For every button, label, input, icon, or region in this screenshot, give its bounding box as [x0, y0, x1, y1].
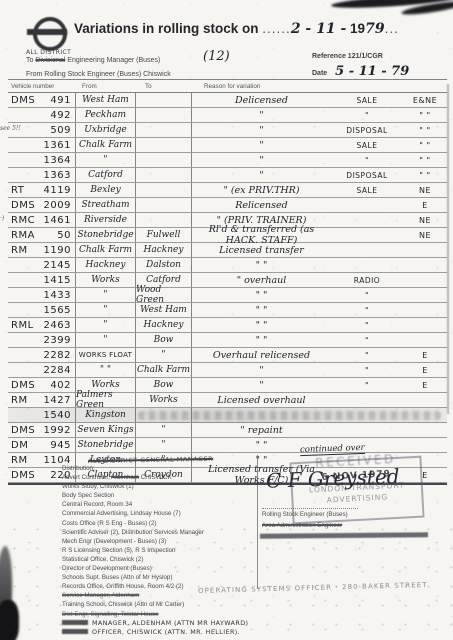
table-row: 2145HackneyDalston" " — [8, 258, 447, 273]
reason-text: Licensed transfer — [192, 245, 331, 256]
vehicle-number-cell: 1364 — [8, 153, 76, 167]
reason-text: " — [192, 140, 331, 151]
table-row: 2399"Bow" "" — [8, 333, 447, 348]
to-struck-word: Divisional — [35, 57, 65, 64]
table-row: 1363Catford"DISPOSAL" " — [8, 168, 447, 183]
vehicle-number-cell: RM1190 — [8, 243, 76, 257]
to-cell: " — [136, 438, 192, 452]
district-code: " " — [403, 141, 447, 150]
reason-text: " (ex PRIV.THR) — [192, 185, 331, 196]
vehicle-number-cell: 1363 — [8, 168, 76, 182]
to-value: West Ham — [140, 305, 187, 315]
vehicle-prefix: DMS — [11, 95, 35, 106]
date-value-handwritten: 5 - 11 - 79 — [329, 64, 415, 80]
reason-note: SALE — [331, 96, 403, 105]
vehicle-number-cell: 1540 — [8, 408, 76, 422]
reason-note: DISPOSAL — [331, 171, 403, 180]
reason-text: " — [192, 110, 331, 121]
table-row: 492Peckham""" " — [8, 108, 447, 123]
to-cell: Hackney — [136, 318, 192, 332]
distribution-item: Scientific Adviser (2), Distribution Ser… — [62, 528, 258, 537]
vehicle-prefix: DMS — [11, 425, 35, 436]
reason-cell: Overhaul relicensed"E — [192, 348, 447, 362]
reason-cell: "SALE" " — [192, 138, 447, 152]
reason-text: " — [192, 125, 331, 136]
reason-cell: " "" — [192, 303, 447, 317]
to-cell: West Ham — [136, 303, 192, 317]
vehicle-number: 1363 — [44, 170, 71, 181]
table-row: 1364"""" " — [8, 153, 447, 168]
table-row: RMA50StonebridgeFulwellRl'd & transferre… — [8, 228, 447, 243]
table-row: 1361Chalk Farm"SALE" " — [8, 138, 447, 153]
reason-cell — [192, 408, 447, 422]
vehicle-number: 492 — [50, 110, 71, 121]
distribution-item: Works Study, Chiswick (1) — [62, 482, 258, 491]
reason-cell: Licensed transfer — [192, 243, 447, 257]
vehicle-number-cell: 1361 — [8, 138, 76, 152]
from-cell: Works — [76, 273, 136, 287]
to-cell — [136, 198, 192, 212]
reason-cell: " "" — [192, 318, 447, 332]
reason-note: " — [331, 366, 403, 375]
table-row: 1415WorksCatford" overhaulRADIO — [8, 273, 447, 288]
vehicle-prefix: RT — [11, 185, 24, 196]
document-title: Variations in rolling stock on ......2 -… — [74, 21, 399, 37]
to-cell — [136, 123, 192, 137]
distribution-item: MANAGER, ALDENHAM (ATTN MR HAYWARD) — [62, 619, 258, 628]
scanned-document-page: Variations in rolling stock on ......2 -… — [0, 0, 453, 640]
vehicle-number: 402 — [50, 380, 71, 391]
table-rows: DMS491West HamDelicensedSALEE&NE492Peckh… — [8, 93, 447, 483]
distribution-item: Training School, Chiswick (Attn of Mr Ca… — [62, 600, 258, 609]
vehicle-prefix: RM — [11, 245, 28, 256]
vehicle-number-cell: DMS402 — [8, 378, 76, 392]
date-line: Date 5 - 11 - 79 — [312, 64, 415, 79]
vehicle-prefix: DM — [11, 440, 28, 451]
from-value: Works — [91, 380, 119, 390]
district-code: NE — [403, 216, 447, 225]
vehicle-number-cell: RMA50 — [8, 228, 76, 242]
from-cell: Catford — [76, 168, 136, 182]
title-text: Variations in rolling stock on — [74, 21, 259, 36]
vehicle-number: 1361 — [44, 140, 71, 151]
to-cell — [136, 138, 192, 152]
reason-cell: RelicensedE — [192, 198, 447, 212]
from-cell: Bexley — [76, 183, 136, 197]
from-value: Stonebridge — [77, 440, 133, 450]
from-value: " — [103, 320, 107, 330]
vehicle-number-cell: DMS2009 — [8, 198, 76, 212]
distribution-item: Schools Supt. Buses (Attn of Mr Hyslop) — [62, 573, 258, 582]
reason-cell: " "" — [192, 288, 447, 302]
from-value: Peckham — [85, 110, 126, 120]
to-cell: " — [136, 348, 192, 362]
to-value: Dalston — [146, 260, 181, 270]
from-cell: Riverside — [76, 213, 136, 227]
col-header-reason: Reason for variation — [201, 83, 447, 90]
district-code: E — [403, 351, 447, 360]
vehicle-number-cell: RMC1461 — [8, 213, 76, 227]
reason-text: " — [192, 365, 331, 376]
distribution-item: Director of Development (Buses) — [62, 564, 258, 573]
vehicle-number: 4119 — [44, 185, 71, 196]
distribution-item: Mech Engr (Development - Buses) (3) — [62, 537, 258, 546]
vehicle-number: 1415 — [44, 275, 71, 286]
vehicle-number: 1433 — [44, 290, 71, 301]
distribution-item: Commercial Advertising, Lindsay House (7… — [62, 509, 258, 518]
to-value: Chalk Farm — [137, 365, 190, 375]
reason-note: RADIO — [331, 276, 403, 285]
table-row: 1433"Wood Green" "" — [8, 288, 447, 303]
vehicle-number: 2399 — [44, 335, 71, 346]
table-header-row: Vehicle number From To Reason for variat… — [8, 79, 447, 93]
reason-cell: " (ex PRIV.THR)SALENE — [192, 183, 447, 197]
table-row: DM945Stonebridge"" " — [8, 438, 447, 453]
reason-note: " — [331, 291, 403, 300]
table-row: RML2463"Hackney" "" — [8, 318, 447, 333]
from-cell: Stonebridge — [76, 228, 136, 242]
table-row: 1540Kingston — [8, 408, 447, 423]
col-header-vehicle-number: Vehicle number — [8, 83, 79, 90]
from-value: Kingston — [85, 410, 126, 420]
vehicle-number-cell: 1433 — [8, 288, 76, 302]
vehicle-prefix: RMC — [11, 215, 35, 226]
reason-text: " " — [192, 320, 331, 331]
distribution-items: Advert Controller, Aldenham CHISWICKWork… — [62, 473, 258, 637]
vehicle-number: 2463 — [44, 320, 71, 331]
table-row: 2284" "Chalk Farm""E — [8, 363, 447, 378]
to-cell — [136, 108, 192, 122]
margin-note: see 5!! — [0, 125, 21, 132]
to-value: Bow — [154, 380, 174, 390]
date-label: Date — [312, 70, 327, 77]
item-text-pre: Advert Controller, — [62, 474, 111, 481]
vehicle-number: 2284 — [44, 365, 71, 376]
table-row: DMS2009StreathamRelicensedE — [8, 198, 447, 213]
reason-cell: " overhaulRADIO — [192, 273, 447, 287]
from-value: " — [103, 335, 107, 345]
reason-cell: """ " — [192, 153, 447, 167]
table-row: DMS491West HamDelicensedSALEE&NE — [8, 93, 447, 108]
to-cell — [136, 213, 192, 227]
vehicle-number-cell: DM945 — [8, 438, 76, 452]
vehicle-number: 1992 — [44, 425, 71, 436]
vehicle-number-cell: RT4119 — [8, 183, 76, 197]
to-cell: Fulwell — [136, 228, 192, 242]
reason-note: " — [331, 321, 403, 330]
vehicle-number: 1540 — [44, 410, 71, 421]
from-value: Bexley — [90, 185, 120, 195]
vehicle-number: 1565 — [44, 305, 71, 316]
reason-note: " — [331, 111, 403, 120]
distribution-item: Dist Engr, Signalling, Telstar House — [62, 610, 258, 619]
to-cell — [136, 168, 192, 182]
reason-cell: DelicensedSALEE&NE — [192, 93, 447, 107]
vehicle-number-cell: 1565 — [8, 303, 76, 317]
table-row: see 5!!509Uxbridge"DISPOSAL" " — [8, 123, 447, 138]
scan-artifact-right-edge — [447, 84, 449, 414]
from-value: Seven Kings — [77, 425, 133, 435]
reason-text: Overhaul relicensed — [192, 350, 331, 361]
from-line: From Rolling Stock Engineer (Buses) Chis… — [26, 71, 171, 78]
reason-text: " " — [192, 335, 331, 346]
reason-cell: Rl'd & transferred (as HACK. STAFF)NE — [192, 228, 447, 242]
from-value: " — [103, 305, 107, 315]
from-value: Works — [91, 275, 119, 285]
reason-text: " " — [192, 290, 331, 301]
reason-cell: Licensed overhaul — [192, 393, 447, 407]
to-cell: Bow — [136, 378, 192, 392]
col-header-to: To — [142, 83, 201, 90]
from-value: Hackney — [86, 260, 126, 270]
reason-note: " — [331, 336, 403, 345]
table-row: RT4119Bexley" (ex PRIV.THR)SALENE — [8, 183, 447, 198]
reason-cell: ""E — [192, 378, 447, 392]
district-code: E — [403, 381, 447, 390]
from-cell: " " — [76, 363, 136, 377]
to-value: Hackney — [144, 245, 184, 255]
to-value: Works — [149, 395, 177, 405]
continued-over-note: continued over — [300, 443, 365, 456]
vehicle-number-cell: 2399 — [8, 333, 76, 347]
distribution-label: Distribution: — [62, 464, 258, 473]
from-cell: " — [76, 303, 136, 317]
vehicle-number: 1427 — [44, 395, 71, 406]
reason-cell: "DISPOSAL" " — [192, 168, 447, 182]
from-value: Chalk Farm — [79, 245, 132, 255]
district-code: E — [403, 201, 447, 210]
to-cell: Hackney — [136, 243, 192, 257]
item-text-post: CHISWICK — [139, 474, 172, 481]
reason-text: Relicensed — [192, 200, 331, 211]
from-cell: Hackney — [76, 258, 136, 272]
distribution-item: Central Record, Room 34 — [62, 500, 258, 509]
reference-number: Reference 121/1/CGR — [312, 53, 383, 60]
reason-text: " — [192, 170, 331, 181]
from-cell: Palmers Green — [76, 393, 136, 407]
to-line: To Divisional Engineering Manager (Buses… — [26, 57, 160, 64]
from-cell: Stonebridge — [76, 438, 136, 452]
vehicle-number-cell: 2284 — [8, 363, 76, 377]
rolling-stock-table: Vehicle number From To Reason for variat… — [8, 79, 447, 485]
vehicle-number: 491 — [50, 95, 71, 106]
vehicle-number: 2282 — [44, 350, 71, 361]
vehicle-number-cell: 1415 — [8, 273, 76, 287]
from-value: Streatham — [81, 200, 129, 210]
vehicle-number-cell: DMS1992 — [8, 423, 76, 437]
table-row: 2282WORKS FLOAT"Overhaul relicensed"E — [8, 348, 447, 363]
district-code: NE — [403, 231, 447, 240]
to-cell — [136, 183, 192, 197]
district-code: NE — [403, 186, 447, 195]
reason-note: " — [331, 156, 403, 165]
reason-cell: """ " — [192, 108, 447, 122]
from-value: West Ham — [82, 95, 129, 105]
vehicle-number-cell: 2145 — [8, 258, 76, 272]
vehicle-number: 2009 — [44, 200, 71, 211]
reason-text: " repaint — [192, 425, 331, 436]
from-cell: Chalk Farm — [76, 243, 136, 257]
scan-artifact-bottom-left-2 — [0, 600, 19, 640]
margin-note: ·) — [0, 215, 4, 222]
table-row: 1565"West Ham" "" — [8, 303, 447, 318]
to-value: " — [161, 440, 165, 450]
reason-text: Licensed overhaul — [192, 395, 331, 406]
to-value: Bow — [154, 335, 174, 345]
from-cell: Streatham — [76, 198, 136, 212]
from-cell: Peckham — [76, 108, 136, 122]
title-trailing-dots: ... — [385, 21, 399, 36]
distribution-item: Costs Office (R S Eng - Buses) (2) — [62, 519, 258, 528]
from-value: Catford — [88, 170, 123, 180]
table-row: DMS1992Seven Kings"" repaint — [8, 423, 447, 438]
vehicle-prefix: RMA — [11, 230, 35, 241]
reason-note: SALE — [331, 186, 403, 195]
from-value: " " — [100, 365, 111, 375]
reason-cell: " repaint — [192, 423, 447, 437]
to-cell: Works — [136, 393, 192, 407]
printed-year-prefix: 19 — [350, 21, 365, 36]
reason-text: " overhaul — [192, 275, 331, 286]
vehicle-number-cell: 492 — [8, 108, 76, 122]
to-label: To — [26, 57, 33, 64]
from-value: " — [103, 290, 107, 300]
reason-cell: " "" — [192, 333, 447, 347]
from-cell: " — [76, 153, 136, 167]
col-header-from: From — [79, 83, 142, 90]
vehicle-prefix: DMS — [11, 380, 35, 391]
distribution-item: Body Spec Section — [62, 491, 258, 500]
handwritten-annotation-12: (12) — [203, 49, 230, 64]
vehicle-prefix: RML — [11, 320, 34, 331]
title-leader-dots: ...... — [262, 21, 291, 36]
district-code: " " — [403, 126, 447, 135]
from-value: Riverside — [84, 215, 127, 225]
reason-text: Delicensed — [192, 95, 331, 106]
from-cell: Seven Kings — [76, 423, 136, 437]
from-value: Palmers Green — [76, 390, 135, 410]
vehicle-number: 2145 — [44, 260, 71, 271]
from-cell: " — [76, 333, 136, 347]
reason-note: " — [331, 351, 403, 360]
to-cell: Dalston — [136, 258, 192, 272]
vehicle-number-cell: RM1427 — [8, 393, 76, 407]
from-cell: " — [76, 288, 136, 302]
table-row: RM1190Chalk FarmHackneyLicensed transfer — [8, 243, 447, 258]
district-code: E — [403, 366, 447, 375]
vehicle-number-cell: 2282 — [8, 348, 76, 362]
vehicle-number: 1461 — [44, 215, 71, 226]
to-cell — [136, 153, 192, 167]
distribution-item: R S Licensing Section (5), R S Inspectio… — [62, 546, 258, 555]
vehicle-number: 945 — [50, 440, 71, 451]
to-cell: Chalk Farm — [136, 363, 192, 377]
reason-note: DISPOSAL — [331, 126, 403, 135]
table-row: DMS402WorksBow""E — [8, 378, 447, 393]
vehicle-prefix: RM — [11, 455, 28, 466]
to-value: Hackney — [144, 320, 184, 330]
signature-strike-bar — [260, 532, 428, 538]
table-row: RM1427Palmers GreenWorksLicensed overhau… — [8, 393, 447, 408]
all-district-note: ALL DISTRICT — [26, 49, 71, 56]
reason-text: " — [192, 155, 331, 166]
to-cell — [136, 93, 192, 107]
vehicle-number: 1364 — [44, 155, 71, 166]
district-code: " " — [403, 111, 447, 120]
to-cell: Bow — [136, 333, 192, 347]
from-value: " — [103, 155, 107, 165]
vehicle-prefix: DMS — [11, 200, 35, 211]
reason-text: " — [192, 380, 331, 391]
to-cell: " — [136, 423, 192, 437]
handwritten-year: 79 — [365, 21, 384, 37]
from-cell: " — [76, 318, 136, 332]
reason-note: SALE — [331, 141, 403, 150]
from-value: Stonebridge — [77, 230, 133, 240]
from-value: Uxbridge — [84, 125, 126, 135]
distribution-list: Distribution: Advert Controller, Aldenha… — [62, 464, 258, 637]
distribution-item: Advert Controller, Aldenham CHISWICK — [62, 473, 258, 482]
to-value: " — [161, 350, 165, 360]
vehicle-number: 1190 — [44, 245, 71, 256]
reason-text: " " — [192, 305, 331, 316]
vehicle-prefix: RM — [11, 395, 28, 406]
from-value: Chalk Farm — [79, 140, 132, 150]
reason-cell: " " — [192, 258, 447, 272]
item-struck-word: Aldenham — [111, 474, 139, 481]
to-rest: Engineering Manager (Buses) — [67, 57, 160, 64]
reason-note: " — [331, 381, 403, 390]
vehicle-number: 50 — [57, 230, 71, 241]
vehicle-number-cell: DMS491 — [8, 93, 76, 107]
from-value: WORKS FLOAT — [79, 351, 132, 359]
to-cell: Wood Green — [136, 288, 192, 302]
to-value: Fulwell — [147, 230, 181, 240]
vehicle-prefix: DMS — [11, 470, 35, 481]
to-value: Catford — [146, 275, 181, 285]
distribution-item: OFFICER, CHISWICK (ATTN. MR. HELLIER). — [62, 628, 258, 637]
from-cell: Chalk Farm — [76, 138, 136, 152]
reason-text: " " — [192, 260, 331, 271]
district-code: " " — [403, 171, 447, 180]
to-value: " — [161, 425, 165, 435]
vehicle-number-cell: RML2463 — [8, 318, 76, 332]
handwritten-date: 2 - 11 - — [291, 21, 346, 37]
to-value: Wood Green — [136, 285, 191, 305]
from-cell: Kingston — [76, 408, 136, 422]
district-code: E&NE — [403, 96, 447, 105]
reason-note: " — [331, 306, 403, 315]
from-cell: Uxbridge — [76, 123, 136, 137]
roundel-bar — [27, 29, 67, 35]
from-cell: West Ham — [76, 93, 136, 107]
from-cell: WORKS FLOAT — [76, 348, 136, 362]
distribution-item: Statistical Office, Chiswick (2) — [62, 555, 258, 564]
district-code: " " — [403, 156, 447, 165]
reason-cell: ""E — [192, 363, 447, 377]
london-transport-roundel-icon — [27, 16, 67, 47]
reason-cell: "DISPOSAL" " — [192, 123, 447, 137]
vehicle-number: 509 — [50, 125, 71, 136]
